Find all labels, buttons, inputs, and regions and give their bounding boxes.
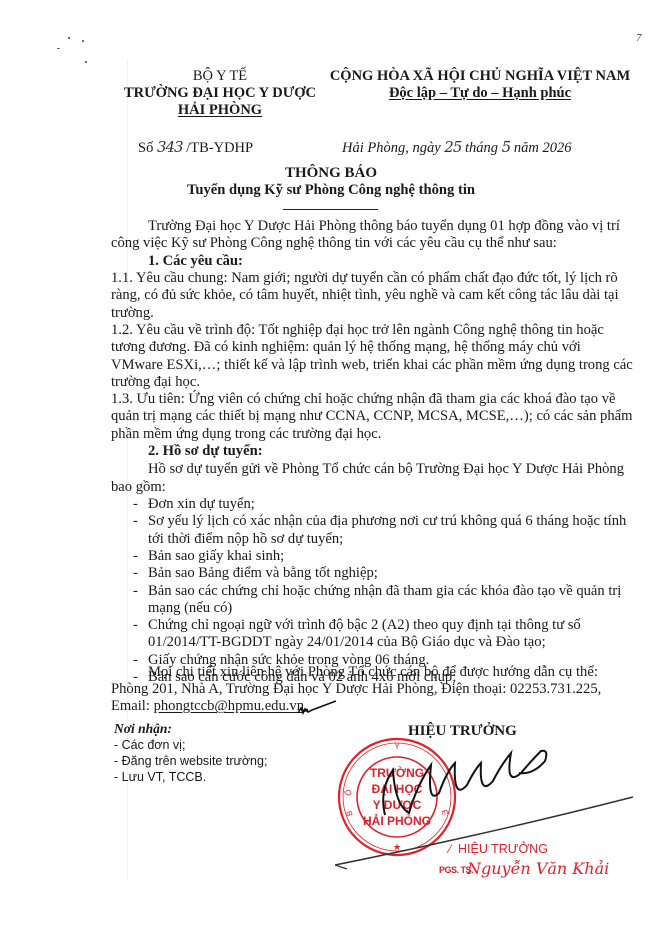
item-1-2-line-2: tương đương. Đã có kinh nghiệm: quản lý … (111, 339, 573, 356)
contact-email-line: Email: phongtccb@hpmu.edu.vn. (111, 698, 308, 715)
svg-text:Ộ: Ộ (344, 789, 354, 797)
item-1-3-line-2: quản trị mạng các thiết bị mạng như CCNA… (111, 408, 573, 425)
dateline-year: năm 2026 (514, 140, 572, 156)
dateline-month: 5 (502, 138, 511, 156)
email-link[interactable]: phongtccb@hpmu.edu.vn (154, 698, 304, 714)
recipients-heading: Nơi nhận: (114, 720, 172, 737)
intro-line-1: Trường Đại học Y Dược Hải Phòng thông bá… (148, 218, 573, 235)
document-page: 7 BỘ Y TẾ TRƯỜNG ĐẠI HỌC Y DƯỢC HẢI PHÒN… (0, 0, 662, 935)
document-list-item: Đơn xin dự tuyển; (148, 496, 573, 513)
svg-text:HIỆU TRƯỞNG: HIỆU TRƯỞNG (458, 841, 548, 856)
bullet-marker: - (133, 652, 138, 669)
svg-text:Y DƯỢC: Y DƯỢC (373, 798, 422, 812)
recipient-item: - Lưu VT, TCCB. (114, 770, 206, 786)
scan-speck (85, 61, 87, 63)
scan-speck (68, 37, 70, 39)
national-motto: Độc lập – Tự do – Hạnh phúc (310, 85, 650, 102)
svg-text:Ế: Ế (440, 809, 451, 816)
section2-intro-line-1: Hồ sơ dự tuyển gửi về Phòng Tổ chức cán … (148, 461, 573, 478)
bullet-marker: - (133, 583, 138, 600)
document-list-item: mạng (nếu có) (148, 600, 573, 617)
dateline-place: Hải Phòng, ngày (342, 140, 441, 156)
reference-suffix: /TB-YDHP (186, 140, 253, 156)
bullet-marker: - (133, 496, 138, 513)
recipient-item: - Các đơn vị; (114, 738, 185, 754)
reference-prefix: Số (138, 140, 153, 156)
document-subtitle: Tuyển dụng Kỹ sư Phòng Công nghệ thông t… (111, 182, 551, 199)
item-1-2-line-4: trường đại học. (111, 374, 573, 391)
section2-heading: 2. Hồ sơ dự tuyển: (148, 443, 263, 460)
school-name-line1: TRƯỜNG ĐẠI HỌC Y DƯỢC (110, 85, 330, 102)
svg-text:★: ★ (393, 842, 401, 852)
document-list-item: tới thời điểm nộp hồ sơ dự tuyển; (148, 531, 573, 548)
document-list-item: 01/2014/TT-BGDDT ngày 24/01/2014 của Bộ … (148, 634, 573, 651)
country-name: CỘNG HÒA XÃ HỘI CHỦ NGHĨA VIỆT NAM (310, 68, 650, 85)
bullet-marker: - (133, 565, 138, 582)
svg-text:⁄: ⁄ (446, 842, 453, 856)
page-number-mark: 7 (636, 32, 642, 44)
item-1-2-line-3: VMware ESXi,…; thiết kế và lập trình web… (111, 357, 573, 374)
document-list-item: Sơ yếu lý lịch có xác nhận của địa phươn… (148, 513, 573, 530)
item-1-3-line-3: phần mềm ứng dụng trong các trường đại h… (111, 426, 573, 443)
ministry-name: BỘ Y TẾ (110, 68, 330, 85)
document-list-item: Bản sao Bảng điểm và bằng tốt nghiệp; (148, 565, 573, 582)
email-label: Email: (111, 698, 150, 714)
section1-heading: 1. Các yêu cầu: (148, 253, 243, 270)
svg-text:TRƯỜNG: TRƯỜNG (370, 765, 424, 780)
reference-handwritten-number: 343 (157, 138, 183, 156)
item-1-1-line-3: trường. (111, 305, 573, 322)
svg-text:HẢI PHÒNG: HẢI PHÒNG (363, 813, 431, 828)
national-motto-text: Độc lập – Tự do – Hạnh phúc (389, 85, 571, 101)
recipient-item: - Đăng trên website trường; (114, 754, 267, 770)
document-list-item: Bản sao giấy khai sinh; (148, 548, 573, 565)
scan-speck (82, 40, 84, 42)
item-1-3-line-1: 1.3. Ưu tiên: Ứng viên có chứng chỉ hoặc… (111, 391, 573, 408)
dateline-month-label: tháng (465, 140, 498, 156)
item-1-2-line-1: 1.2. Yêu cầu về trình độ: Tốt nghiệp đại… (111, 322, 573, 339)
svg-text:Nguyễn Văn Khải: Nguyễn Văn Khải (466, 859, 609, 878)
initials-scribble-icon (296, 700, 338, 718)
official-stamp: Y Ộ B Ế ★ TRƯỜNG ĐẠI HỌC Y DƯỢC HẢI PHÒN… (335, 735, 635, 885)
item-1-1-line-1: 1.1. Yêu cầu chung: Nam giới; người dự t… (111, 270, 573, 287)
school-name-line2: HẢI PHÒNG (110, 102, 330, 119)
svg-text:Y: Y (394, 742, 400, 751)
contact-line-1: Mọi chi tiết xin liên hệ với Phòng Tổ ch… (148, 664, 573, 681)
reference-number: Số 343 /TB-YDHP (138, 139, 253, 157)
bullet-marker: - (133, 617, 138, 634)
item-1-1-line-2: ràng, có đủ sức khỏe, có tâm huyết, nhiệ… (111, 287, 573, 304)
document-title: THÔNG BÁO (111, 165, 551, 182)
dateline-day: 25 (444, 138, 461, 156)
document-list-item: Bản sao các chứng chỉ hoặc chứng nhận đã… (148, 583, 573, 600)
title-divider (283, 209, 378, 210)
dateline: Hải Phòng, ngày 25 tháng 5 năm 2026 (342, 139, 571, 157)
svg-text:B: B (345, 810, 355, 817)
bullet-marker: - (133, 513, 138, 530)
section2-intro-line-2: bao gồm: (111, 479, 573, 496)
school-name-line2-text: HẢI PHÒNG (178, 102, 262, 118)
document-list-item: Chứng chỉ ngoại ngữ với trình độ bậc 2 (… (148, 617, 573, 634)
bullet-marker: - (133, 548, 138, 565)
intro-line-2: công việc Kỹ sư Phòng Công nghệ thông ti… (111, 235, 573, 252)
scan-speck (57, 48, 60, 49)
contact-line-2: Phòng 201, Nhà A, Trường Đại học Y Dược … (111, 681, 573, 698)
